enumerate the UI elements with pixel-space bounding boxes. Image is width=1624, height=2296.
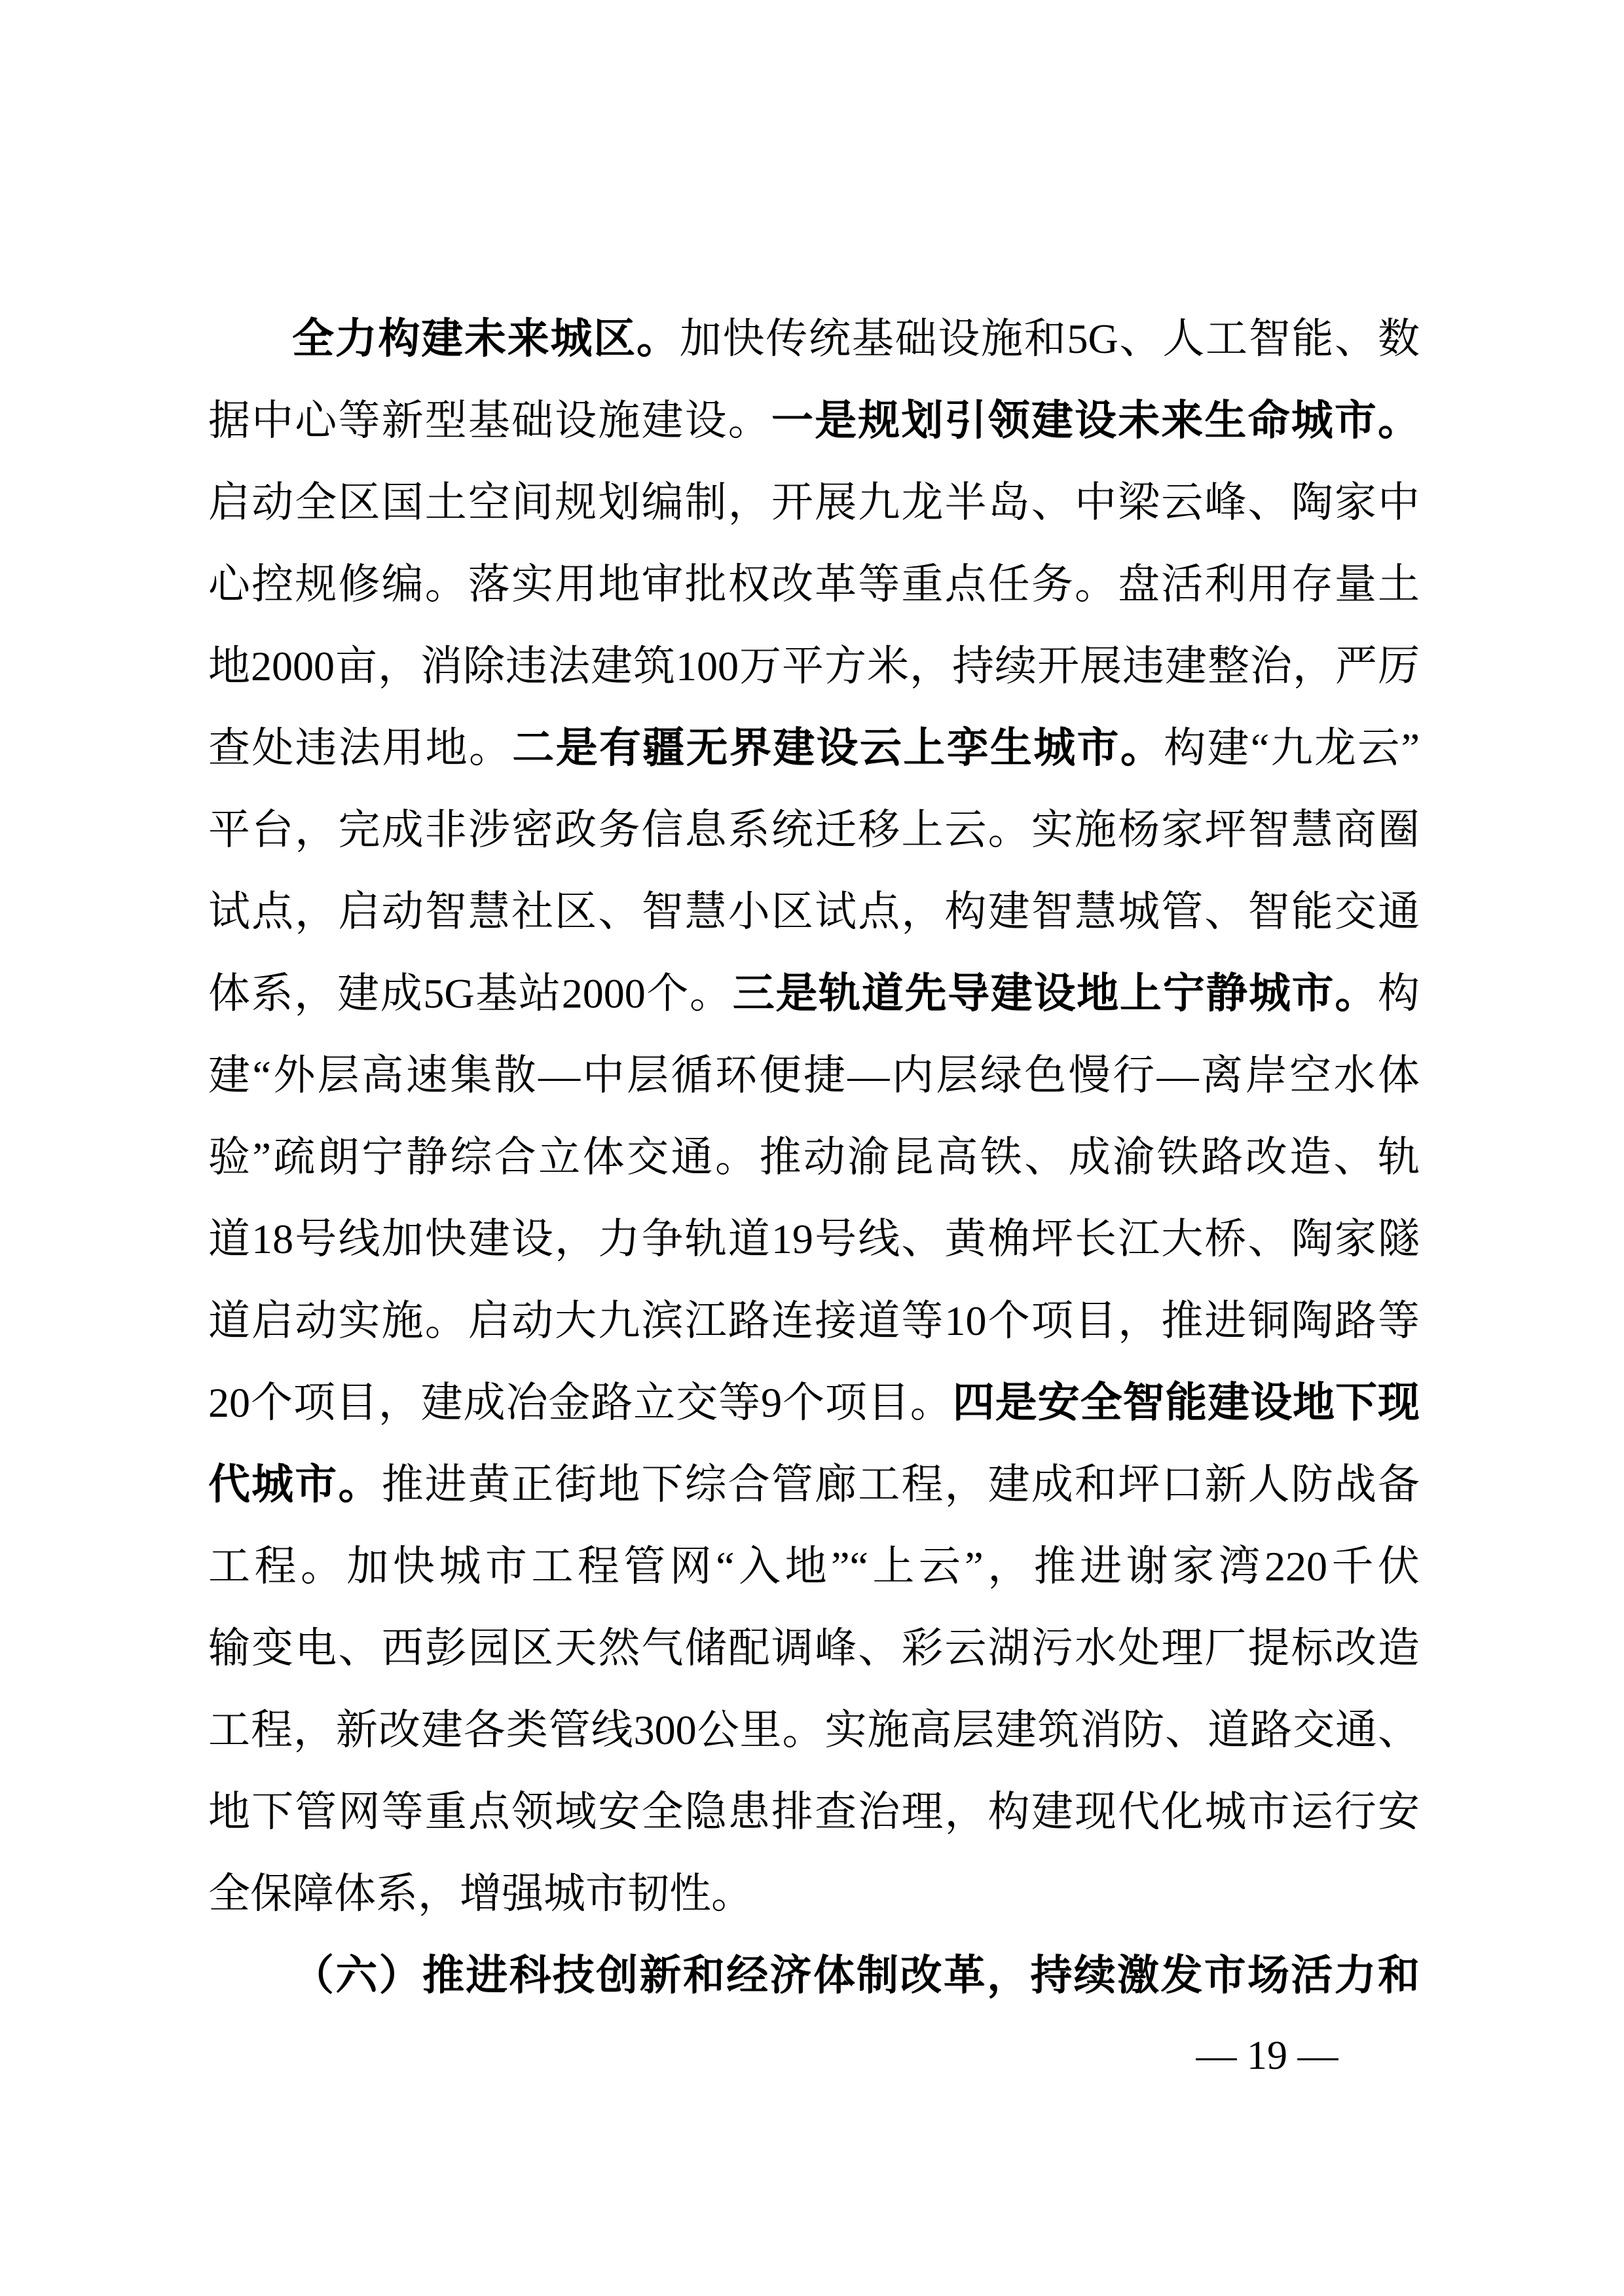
text-segment: 启动全区国土空间规划编制，开展九龙半岛、中梁云峰、陶家中 [208, 479, 1420, 526]
text-segment: 构 [1378, 970, 1420, 1017]
text-line: 体系，建成5G基站2000个。三是轨道先导建设地上宁静城市。构 [208, 953, 1420, 1034]
text-segment: 加快传统基础设施和5G、人工智能、数 [680, 316, 1420, 362]
text-line: 20个项目，建成冶金路立交等9个项目。四是安全智能建设地下现 [208, 1362, 1420, 1444]
text-line: 建“外层高速集散—中层循环便捷—内层绿色慢行—离岸空水体 [208, 1034, 1420, 1116]
text-line: 地2000亩，消除违法建筑100万平方米，持续开展违建整治，严厉 [208, 625, 1420, 707]
text-segment: 道启动实施。启动大九滨江路连接道等10个项目，推进铜陶路等 [208, 1298, 1420, 1344]
text-segment: 体系，建成5G基站2000个。 [208, 970, 733, 1017]
text-line: 道启动实施。启动大九滨江路连接道等10个项目，推进铜陶路等 [208, 1280, 1420, 1362]
text-line: 验”疏朗宁静综合立体交通。推动渝昆高铁、成渝铁路改造、轨 [208, 1116, 1420, 1198]
text-line: 工程，新改建各类管线300公里。实施高层建筑消防、道路交通、 [208, 1689, 1420, 1771]
text-segment: 验”疏朗宁静综合立体交通。推动渝昆高铁、成渝铁路改造、轨 [208, 1134, 1420, 1180]
text-line: 输变电、西彭园区天然气储配调峰、彩云湖污水处理厂提标改造 [208, 1607, 1420, 1689]
text-segment: 构建“九龙云” [1164, 725, 1420, 771]
text-line: 工程。加快城市工程管网“入地”“上云”，推进谢家湾220千伏 [208, 1525, 1420, 1607]
bold-text-segment: 代城市。 [208, 1461, 382, 1508]
bold-text-segment: 全力构建未来城区。 [292, 315, 680, 362]
text-line: 地下管网等重点领域安全隐患排查治理，构建现代化城市运行安 [208, 1771, 1420, 1853]
text-line: （六）推进科技创新和经济体制改革，持续激发市场活力和 [208, 1935, 1420, 2016]
text-segment: 输变电、西彭园区天然气储配调峰、彩云湖污水处理厂提标改造 [208, 1625, 1420, 1671]
bold-text-segment: （六）推进科技创新和经济体制改革，持续激发市场活力和 [292, 1952, 1420, 1999]
text-segment: 心控规修编。落实用地审批权改革等重点任务。盘活利用存量土 [208, 561, 1420, 608]
text-line: 查处违法用地。二是有疆无界建设云上孪生城市。构建“九龙云” [208, 707, 1420, 789]
bold-text-segment: 三是轨道先导建设地上宁静城市。 [733, 970, 1378, 1017]
bold-text-segment: 二是有疆无界建设云上孪生城市。 [512, 724, 1164, 771]
bold-text-segment: 一是规划引领建设未来生命城市。 [771, 397, 1420, 444]
text-segment: 道18号线加快建设，力争轨道19号线、黄桷坪长江大桥、陶家隧 [208, 1216, 1420, 1262]
text-line: 代城市。推进黄正街地下综合管廊工程，建成和坪口新人防战备 [208, 1444, 1420, 1525]
text-segment: 20个项目，建成冶金路立交等9个项目。 [208, 1379, 953, 1426]
text-line: 据中心等新型基础设施建设。一是规划引领建设未来生命城市。 [208, 380, 1420, 462]
text-segment: 地下管网等重点领域安全隐患排查治理，构建现代化城市运行安 [208, 1789, 1420, 1835]
text-line: 平台，完成非涉密政务信息系统迁移上云。实施杨家坪智慧商圈 [208, 789, 1420, 871]
text-segment: 全保障体系，增强城市韧性。 [208, 1870, 753, 1917]
bold-text-segment: 四是安全智能建设地下现 [953, 1379, 1420, 1426]
text-line: 全力构建未来城区。加快传统基础设施和5G、人工智能、数 [208, 298, 1420, 380]
text-segment: 工程。加快城市工程管网“入地”“上云”，推进谢家湾220千伏 [208, 1543, 1420, 1590]
text-segment: 建“外层高速集散—中层循环便捷—内层绿色慢行—离岸空水体 [208, 1052, 1420, 1099]
text-line: 心控规修编。落实用地审批权改革等重点任务。盘活利用存量土 [208, 543, 1420, 625]
text-line: 全保障体系，增强城市韧性。 [208, 1853, 1420, 1935]
text-line: 道18号线加快建设，力争轨道19号线、黄桷坪长江大桥、陶家隧 [208, 1198, 1420, 1280]
text-segment: 查处违法用地。 [208, 725, 512, 771]
text-segment: 试点，启动智慧社区、智慧小区试点，构建智慧城管、智能交通 [208, 888, 1420, 935]
text-segment: 据中心等新型基础设施建设。 [208, 397, 771, 444]
text-block: 全力构建未来城区。加快传统基础设施和5G、人工智能、数据中心等新型基础设施建设。… [208, 298, 1420, 2016]
document-page: 全力构建未来城区。加快传统基础设施和5G、人工智能、数据中心等新型基础设施建设。… [0, 0, 1624, 2296]
text-line: 试点，启动智慧社区、智慧小区试点，构建智慧城管、智能交通 [208, 871, 1420, 953]
text-line: 启动全区国土空间规划编制，开展九龙半岛、中梁云峰、陶家中 [208, 462, 1420, 543]
text-segment: 平台，完成非涉密政务信息系统迁移上云。实施杨家坪智慧商圈 [208, 807, 1420, 853]
page-number: — 19 — [1067, 2030, 1467, 2082]
text-segment: 推进黄正街地下综合管廊工程，建成和坪口新人防战备 [382, 1461, 1420, 1508]
text-segment: 工程，新改建各类管线300公里。实施高层建筑消防、道路交通、 [208, 1707, 1420, 1753]
text-segment: 地2000亩，消除违法建筑100万平方米，持续开展违建整治，严厉 [208, 643, 1420, 689]
